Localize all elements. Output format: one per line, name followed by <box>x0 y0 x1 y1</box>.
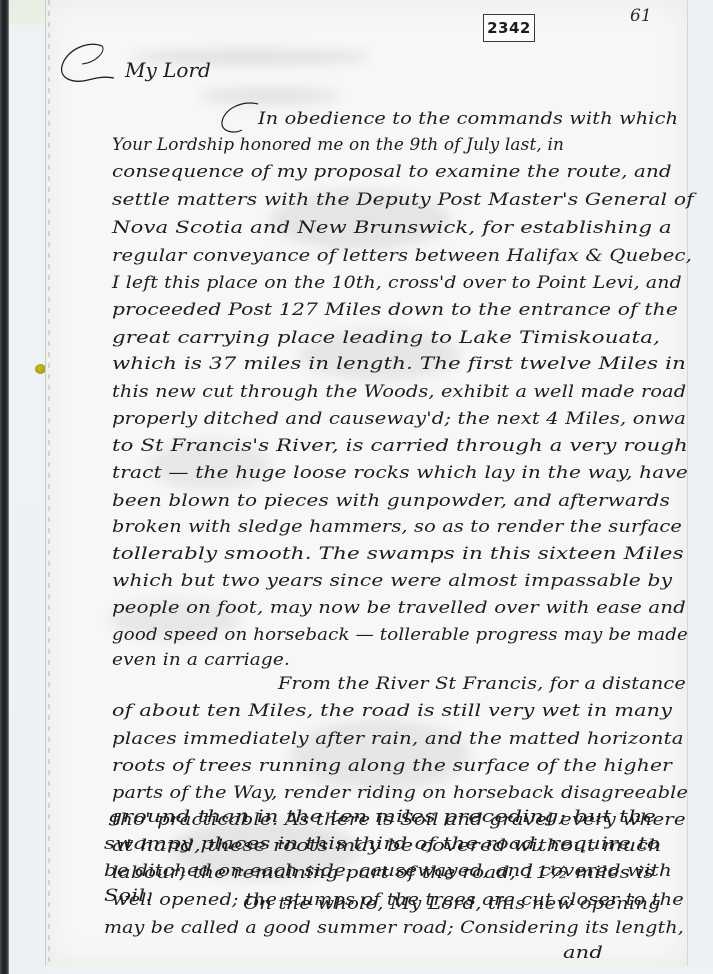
handwritten-line: which is 37 miles in length. The first t… <box>112 354 686 374</box>
handwritten-line: roots of trees running along the surface… <box>112 756 672 776</box>
handwritten-line: of about ten Miles, the road is still ve… <box>112 701 672 721</box>
handwritten-line: places immediately after rain, and the m… <box>112 729 684 749</box>
handwritten-line: tract — the huge loose rocks which lay i… <box>112 463 688 483</box>
handwritten-line: well opened; the stumps of the trees are… <box>112 890 684 910</box>
handwritten-line: ground than in the ten miles preceding; … <box>108 807 656 827</box>
scan-margin-right <box>687 0 713 966</box>
salutation: My Lord <box>125 58 211 82</box>
scan-margin-left <box>9 0 45 974</box>
folio-number: 61 <box>630 6 652 26</box>
handwritten-line: been blown to pieces with gunpowder, and… <box>112 491 670 511</box>
handwritten-line: Your Lordship honored me on the 9th of J… <box>112 135 564 155</box>
handwritten-line: regular conveyance of letters between Ha… <box>112 246 692 266</box>
handwritten-line: people on foot, may now be travelled ove… <box>112 598 686 618</box>
handwritten-line: consequence of my proposal to examine th… <box>112 162 672 182</box>
handwritten-line: proceeded Post 127 Miles down to the ent… <box>112 300 678 320</box>
handwritten-line: may be called a good summer road; Consid… <box>104 918 684 938</box>
handwritten-line: at hand, these roots may be covered with… <box>112 836 662 856</box>
scan-edge-dark <box>0 0 9 974</box>
handwritten-line: to St Francis's River, is carried throug… <box>112 436 688 456</box>
page-fold-line <box>48 0 50 966</box>
handwritten-line: labour; the remaining part of the road, … <box>112 863 654 883</box>
handwritten-line: this new cut through the Woods, exhibit … <box>112 382 686 402</box>
handwritten-line: great carrying place leading to Lake Tim… <box>112 328 660 348</box>
handwritten-line: settle matters with the Deputy Post Mast… <box>112 190 694 210</box>
handwritten-line: even in a carriage. <box>112 650 290 670</box>
handwritten-line: and <box>563 943 603 963</box>
handwritten-line: good speed on horseback — tollerable pro… <box>112 625 688 645</box>
handwritten-line: In obedience to the commands with which <box>258 109 678 129</box>
handwritten-line: which but two years since were almost im… <box>112 571 672 591</box>
handwritten-line: I left this place on the 10th, cross'd o… <box>112 273 682 293</box>
handwritten-line: Nova Scotia and New Brunswick, for estab… <box>112 218 672 238</box>
salutation-flourish-icon <box>58 40 118 88</box>
archive-stamp-number: 2342 <box>483 14 535 42</box>
handwritten-line: broken with sledge hammers, so as to ren… <box>112 517 682 537</box>
handwritten-line: From the River St Francis, for a distanc… <box>278 674 686 694</box>
handwritten-line: properly ditched and causeway'd; the nex… <box>112 409 686 429</box>
handwritten-line: parts of the Way, render riding on horse… <box>112 783 688 803</box>
handwritten-line: tollerably smooth. The swamps in this si… <box>112 544 684 564</box>
